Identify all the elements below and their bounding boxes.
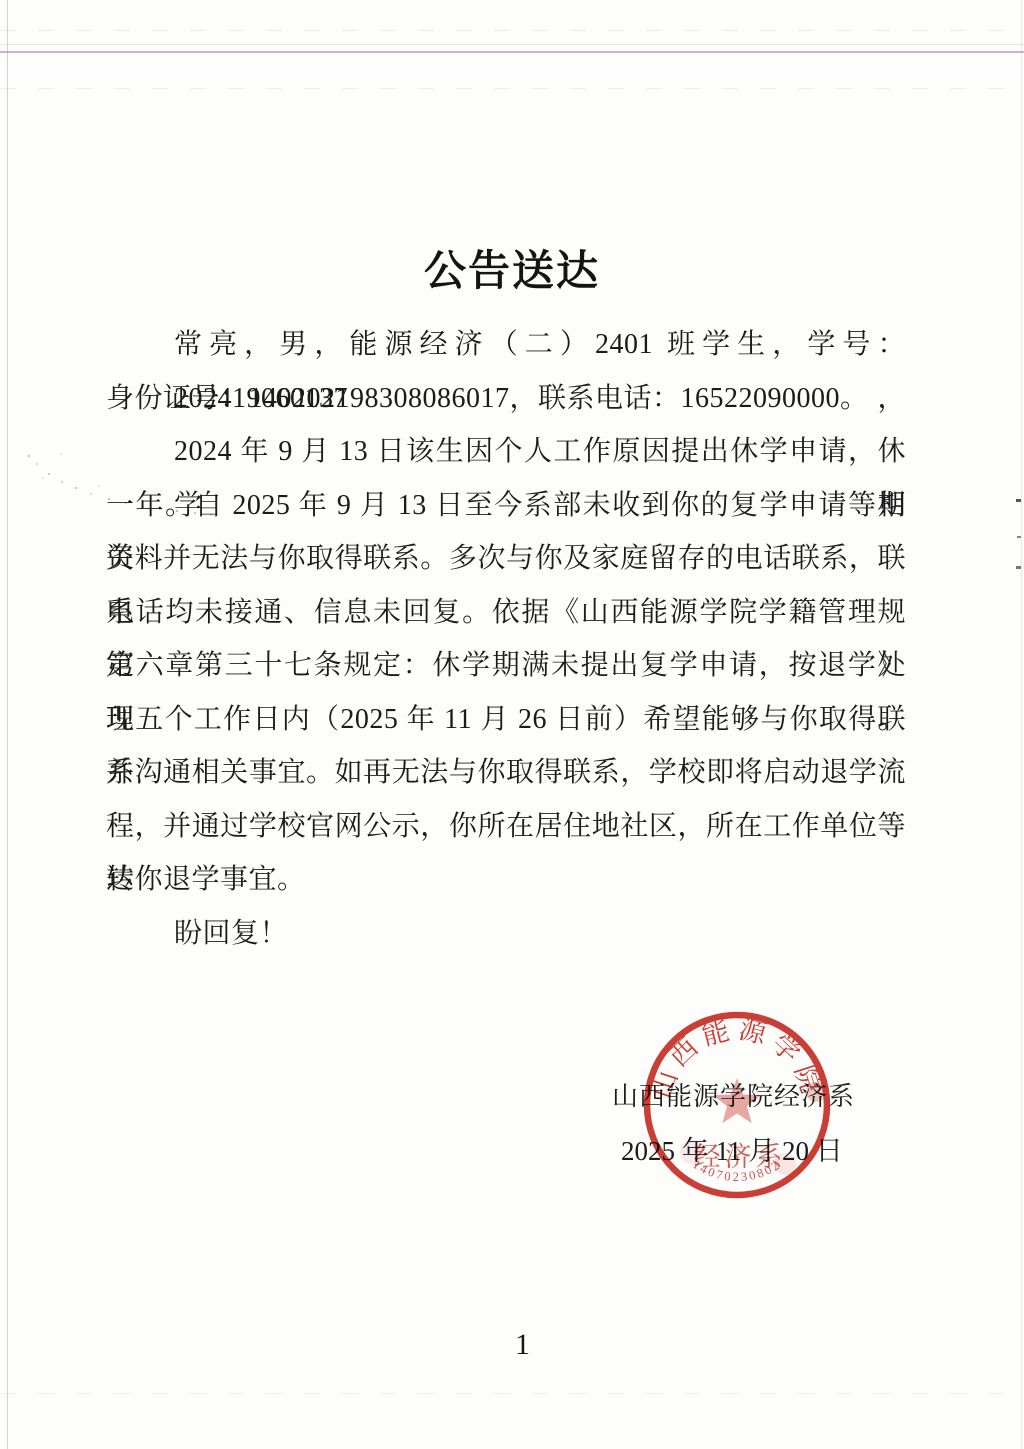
scan-edge-line-left [7,0,8,1449]
body-line: 资料并无法与你取得联系。多次与你及家庭留存的电话联系，联系 [106,532,906,586]
document-title: 公告送达 [0,246,1024,298]
scanned-document-page: 公告送达 常亮，男，能源经济（二）2401 班学生，学号：20241906013… [0,0,1024,1449]
scan-edge-line-right [1021,0,1022,1449]
body-line: 身份证号：140202198308086017，联系电话：16522090000… [106,372,906,426]
scan-edge-mark [1016,499,1021,502]
scan-pink-line-faint [0,44,1024,45]
scan-pink-line [0,51,1024,53]
body-line: 达你退学事宜。 [106,853,906,907]
body-line: 盼回复！ [106,907,906,961]
scan-edge-mark [1017,536,1021,538]
body-line: 电话均未接通、信息未回复。依据《山西能源学院学籍管理规定》 [106,586,906,640]
body-line: 程，并通过学校官网公示，你所在居住地社区，所在工作单位等转 [106,800,906,854]
body-line: 一年。自 2025 年 9 月 13 日至今系部未收到你的复学申请等相关 [106,479,906,533]
page-number: 1 [515,1328,530,1362]
body-line: 第六章第三十七条规定：休学期满未提出复学申请，按退学处理。 [106,639,906,693]
body-line: 现五个工作日内（2025 年 11 月 26 日前）希望能够与你取得联系 [106,693,906,747]
body-line: 并沟通相关事宜。如再无法与你取得联系，学校即将启动退学流 [106,746,906,800]
body-text: 常亮，男，能源经济（二）2401 班学生，学号：202419060137，身份证… [106,318,906,960]
scan-dash-line-upper [0,88,1024,89]
scan-dash-line-top [0,30,1024,31]
seal-stamp: 山西能源学院 经济系 14070230802 [640,1006,834,1204]
scan-edge-mark [1016,566,1021,569]
seal-star-icon [713,1078,761,1123]
body-line: 常亮，男，能源经济（二）2401 班学生，学号：202419060137， [106,318,906,372]
scan-dash-line-bottom [0,1393,1024,1394]
scan-speckles [28,455,30,457]
body-line: 2024 年 9 月 13 日该生因个人工作原因提出休学申请，休学期 [106,425,906,479]
